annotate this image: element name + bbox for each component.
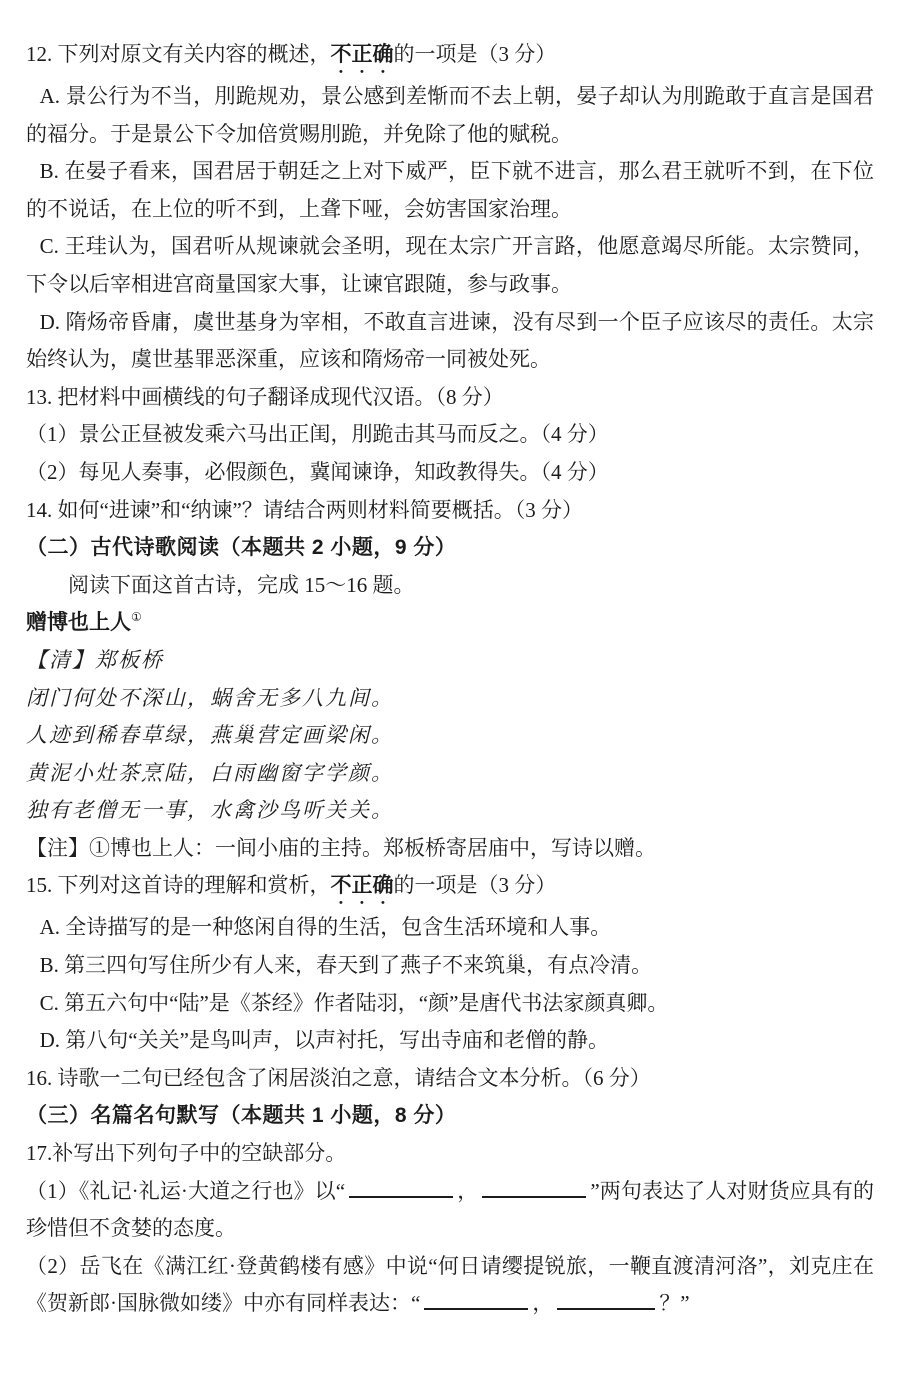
- exam-paper-page: 12. 下列对原文有关内容的概述，不正确的一项是（3 分） A. 景公行为不当，…: [0, 0, 900, 1374]
- q15-stem-pre: 15. 下列对这首诗的理解和赏析，: [26, 873, 331, 897]
- q17-part-1: （1）《礼记·礼运·大道之行也》以“，”两句表达了人对财货应具有的珍惜但不贪婪的…: [26, 1173, 874, 1248]
- q15-stem-post: 的一项是（3 分）: [394, 873, 557, 897]
- q12-stem-post: 的一项是（3 分）: [394, 42, 557, 66]
- q12-option-c: C. 王珪认为，国君听从规谏就会圣明，现在太宗广开言路，他愿意竭尽所能。太宗赞同…: [26, 228, 874, 303]
- q12-option-a: A. 景公行为不当，刖跪规劝，景公感到差惭而不去上朝，晏子却认为刖跪敢于直言是国…: [26, 78, 874, 153]
- question-17-stem: 17.补写出下列句子中的空缺部分。: [26, 1135, 874, 1173]
- q17-part1-blank-2: [482, 1175, 586, 1198]
- question-16-stem: 16. 诗歌一二句已经包含了闲居淡泊之意，请结合文本分析。（6 分）: [26, 1060, 874, 1098]
- poem-line-3: 黄泥小灶茶烹陆，白雨幽窗字学颜。: [26, 755, 874, 793]
- poem-title-footnote-marker: ①: [131, 610, 142, 624]
- q17-part2-blank-1: [424, 1287, 528, 1310]
- poem-author: 【清】郑板桥: [26, 642, 874, 680]
- poem-footnote: 【注】①博也上人：一间小庙的主持。郑板桥寄居庙中，写诗以赠。: [26, 830, 874, 868]
- q13-part-2: （2）每见人奏事，必假颜色，冀闻谏诤，知政教得失。（4 分）: [26, 454, 874, 492]
- q12-option-b: B. 在晏子看来，国君居于朝廷之上对下威严，臣下就不进言，那么君王就听不到，在下…: [26, 153, 874, 228]
- q15-stem-emphasis: 不正确: [331, 873, 394, 897]
- question-14-stem: 14. 如何“进谏”和“纳谏”？请结合两则材料简要概括。（3 分）: [26, 492, 874, 530]
- poem-line-1: 闭门何处不深山，蜗舍无多八九间。: [26, 680, 874, 718]
- q17-part1-comma: ，: [457, 1179, 478, 1203]
- q12-option-d: D. 隋炀帝昏庸，虞世基身为宰相，不敢直言进谏，没有尽到一个臣子应该尽的责任。太…: [26, 304, 874, 379]
- question-12-stem: 12. 下列对原文有关内容的概述，不正确的一项是（3 分）: [26, 36, 874, 78]
- q17-part2-blank-2: [557, 1287, 655, 1310]
- section-3-heading: （三）名篇名句默写（本题共 1 小题，8 分）: [26, 1097, 874, 1135]
- section-2-heading: （二）古代诗歌阅读（本题共 2 小题，9 分）: [26, 529, 874, 567]
- poem-title: 赠博也上人①: [26, 604, 874, 642]
- q17-part2-comma: ，: [532, 1291, 553, 1315]
- q17-part1-blank-1: [349, 1175, 453, 1198]
- q17-part1-pre: （1）《礼记·礼运·大道之行也》以“: [26, 1179, 345, 1203]
- q12-stem-emphasis: 不正确: [331, 42, 394, 66]
- q15-option-b: B. 第三四句写住所少有人来，春天到了燕子不来筑巢，有点冷清。: [26, 947, 874, 985]
- q17-part-2: （2）岳飞在《满江红·登黄鹤楼有感》中说“何日请缨提锐旅，一鞭直渡清河洛”，刘克…: [26, 1248, 874, 1323]
- q15-option-c: C. 第五六句中“陆”是《茶经》作者陆羽，“颜”是唐代书法家颜真卿。: [26, 985, 874, 1023]
- question-13-stem: 13. 把材料中画横线的句子翻译成现代汉语。（8 分）: [26, 379, 874, 417]
- section-2-intro: 阅读下面这首古诗，完成 15～16 题。: [26, 567, 874, 605]
- q12-stem-pre: 12. 下列对原文有关内容的概述，: [26, 42, 331, 66]
- poem-line-4: 独有老僧无一事，水禽沙鸟听关关。: [26, 792, 874, 830]
- poem-title-text: 赠博也上人: [26, 611, 131, 634]
- poem-line-2: 人迹到稀春草绿，燕巢营定画梁闲。: [26, 717, 874, 755]
- q17-part2-post: ？”: [659, 1291, 689, 1315]
- q15-option-d: D. 第八句“关关”是鸟叫声，以声衬托，写出寺庙和老僧的静。: [26, 1022, 874, 1060]
- question-15-stem: 15. 下列对这首诗的理解和赏析，不正确的一项是（3 分）: [26, 867, 874, 909]
- q13-part-1: （1）景公正昼被发乘六马出正闺，刖跪击其马而反之。（4 分）: [26, 416, 874, 454]
- q15-option-a: A. 全诗描写的是一种悠闲自得的生活，包含生活环境和人事。: [26, 909, 874, 947]
